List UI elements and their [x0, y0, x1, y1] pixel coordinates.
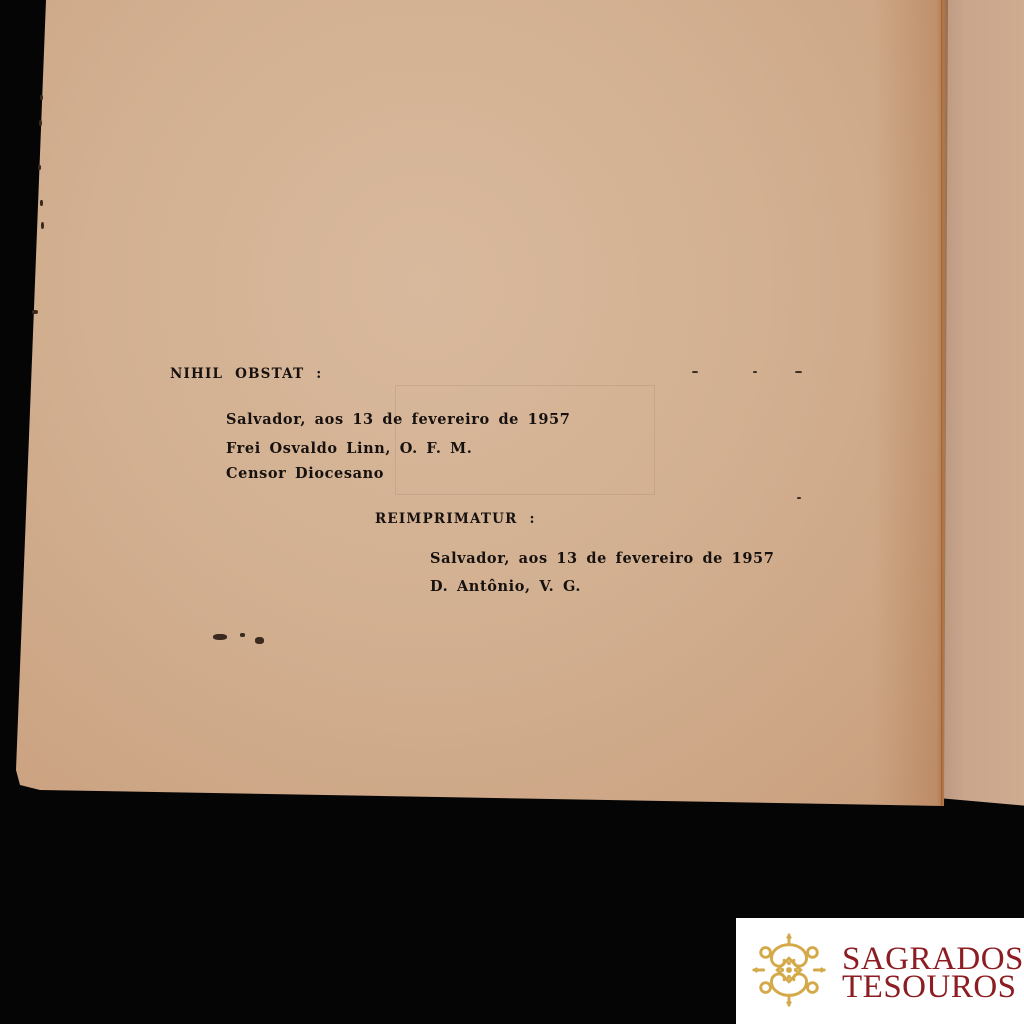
brand-name-line2: TESOUROS	[842, 972, 1017, 1002]
nihil-obstat-censor-title: Censor Diocesano	[226, 465, 384, 482]
nihil-obstat-date: Salvador, aos 13 de fevereiro de 1957	[226, 411, 570, 428]
nihil-obstat-heading: NIHIL OBSTAT :	[170, 366, 322, 382]
paper-speck	[38, 165, 41, 170]
paper-speck	[40, 200, 43, 206]
reimprimatur-date: Salvador, aos 13 de fevereiro de 1957	[430, 550, 774, 567]
ornamental-cross-emblem-icon	[750, 931, 828, 1009]
page-fold	[941, 0, 944, 806]
reimprimatur-heading: REIMPRIMATUR :	[375, 511, 536, 527]
reimprimatur-signatory: D. Antônio, V. G.	[430, 578, 581, 595]
paper-speck	[32, 310, 38, 314]
paper-speck	[40, 95, 43, 100]
paper-speck	[213, 634, 227, 640]
nihil-obstat-censor-name: Frei Osvaldo Linn, O. F. M.	[226, 440, 472, 457]
paper-speck	[255, 637, 264, 644]
paper-speck	[39, 120, 42, 126]
paper-speck	[795, 371, 802, 373]
paper-speck	[692, 371, 698, 373]
facing-page	[938, 0, 1024, 806]
paper-speck	[797, 497, 801, 499]
paper-speck	[240, 633, 245, 637]
watermark-logo: SAGRADOS TESOUROS	[736, 918, 1024, 1024]
paper-speck	[41, 222, 44, 229]
photo-scene: NIHIL OBSTAT : Salvador, aos 13 de fever…	[0, 0, 1024, 1024]
paper-speck	[753, 371, 757, 373]
